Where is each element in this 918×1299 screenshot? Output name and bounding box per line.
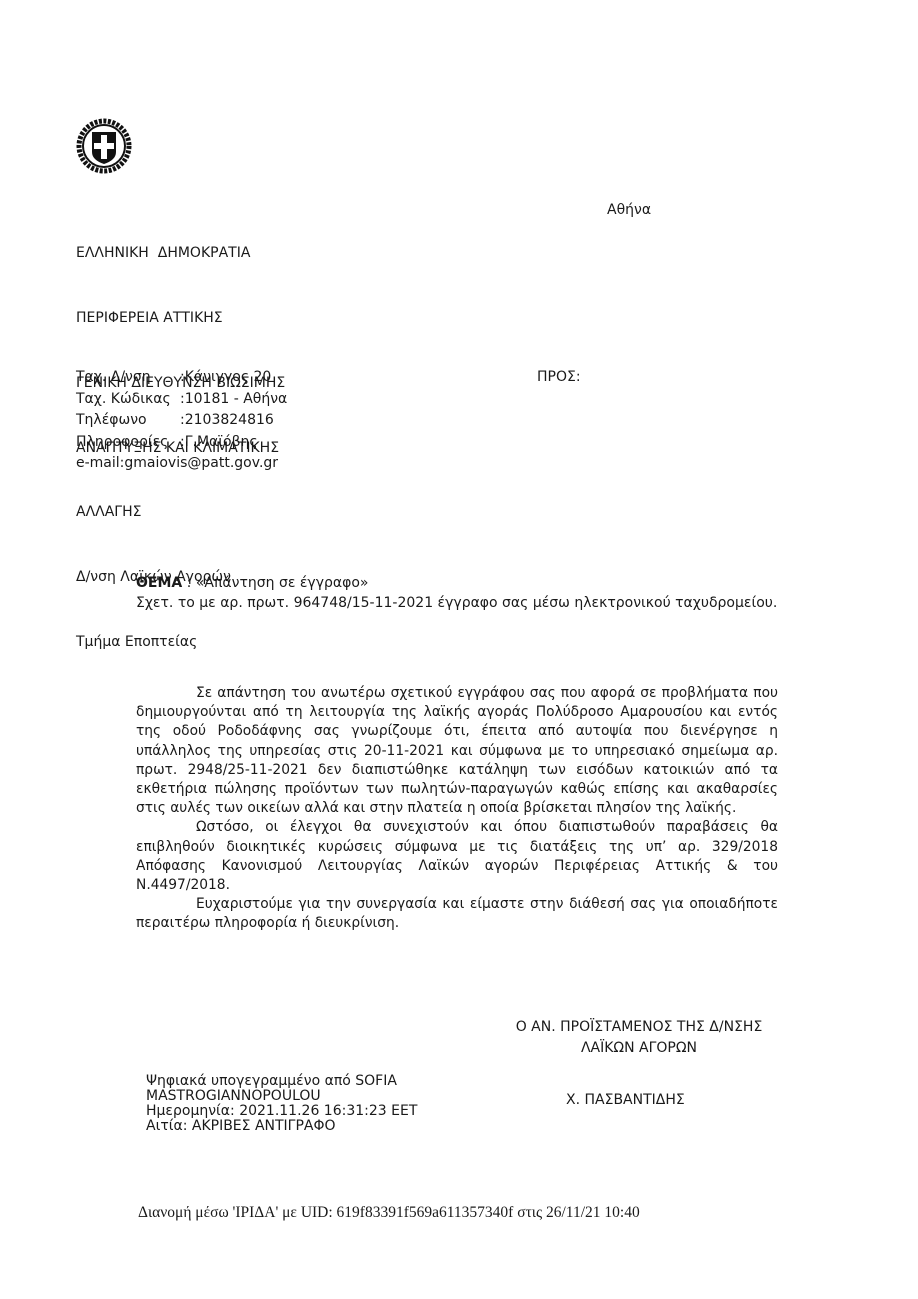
subject-label: ΘΕΜΑ [136,575,182,591]
letter-body: Σε απάντηση του ανωτέρω σχετικού εγγράφο… [136,684,778,934]
body-paragraph: Ωστόσο, οι έλεγχοι θα συνεχιστούν και όπ… [136,818,778,895]
subject-line: ΘΕΜΑ : «Απάντηση σε έγγραφο» [136,574,778,594]
letterhead-line: ΠΕΡΙΦΕΡΕΙΑ ΑΤΤΙΚΗΣ [76,308,285,330]
digital-signature-reason: Αιτία: ΑΚΡΙΒΕΣ ΑΝΤΙΓΡΑΦΟ [146,1119,417,1134]
subject-block: ΘΕΜΑ : «Απάντηση σε έγγραφο» Σχετ. το με… [136,574,778,613]
digital-signature-stamp: Ψηφιακά υπογεγραμμένο από SOFIA MASTROGI… [146,1074,417,1134]
digital-signature-signer-name: MASTROGIANNOPOULOU [146,1089,417,1104]
contact-label: Ταχ. Δ/νση [76,367,180,389]
contact-row-postcode: Ταχ. Κώδικας :10181 - Αθήνα [76,389,287,411]
digital-signature-signer: Ψηφιακά υπογεγραμμένο από SOFIA [146,1074,417,1089]
signatory-name: Χ. ΠΑΣΒΑΝΤΙΔΗΣ [566,1090,685,1111]
subject-reference: Σχετ. το με αρ. πρωτ. 964748/15-11-2021 … [136,594,778,614]
contact-row-address: Ταχ. Δ/νση :Κάνιγγος 20 [76,367,287,389]
contact-label: Πληροφορίες [76,432,180,454]
contact-value: :Γ.Μαϊόβης [180,432,258,454]
subject-separator: : [182,575,196,591]
subject-title: «Απάντηση σε έγγραφο» [196,575,369,591]
contact-value: :Κάνιγγος 20 [180,367,271,389]
body-paragraph: Ευχαριστούμε για την συνεργασία και είμα… [136,895,778,933]
contact-value: :10181 - Αθήνα [180,389,287,411]
contact-email: e-mail:gmaiovis@patt.gov.gr [76,453,287,475]
letterhead-line: ΑΛΛΑΓΗΣ [76,502,285,524]
signatory-title: Ο ΑΝ. ΠΡΟΪΣΤΑΜΕΝΟΣ ΤΗΣ Δ/ΝΣΗΣ ΛΑΪΚΩΝ ΑΓΟ… [486,1017,792,1059]
recipient-label: ΠΡΟΣ: [537,367,581,389]
city-label: Αθήνα [607,200,651,222]
contact-block: Ταχ. Δ/νση :Κάνιγγος 20 Ταχ. Κώδικας :10… [76,367,287,475]
contact-value: :2103824816 [180,410,274,432]
signatory-title-line: Ο ΑΝ. ΠΡΟΪΣΤΑΜΕΝΟΣ ΤΗΣ Δ/ΝΣΗΣ [486,1017,792,1038]
contact-label: Τηλέφωνο [76,410,180,432]
contact-label: Ταχ. Κώδικας [76,389,180,411]
digital-signature-date: Ημερομηνία: 2021.11.26 16:31:23 EET [146,1104,417,1119]
body-paragraph: Σε απάντηση του ανωτέρω σχετικού εγγράφο… [136,684,778,818]
signatory-title-line: ΛΑΪΚΩΝ ΑΓΟΡΩΝ [486,1038,792,1059]
letterhead-line: ΕΛΛΗΝΙΚΗ ΔΗΜΟΚΡΑΤΙΑ [76,243,285,265]
contact-row-info: Πληροφορίες :Γ.Μαϊόβης [76,432,287,454]
greek-coat-of-arms-icon [76,118,132,174]
distribution-footer: Διανομή μέσω 'ΙΡΙΔΑ' με UID: 619f83391f5… [138,1203,640,1223]
contact-row-phone: Τηλέφωνο :2103824816 [76,410,287,432]
letterhead-line: Τμήμα Εποπτείας [76,632,285,654]
document-page: ΕΛΛΗΝΙΚΗ ΔΗΜΟΚΡΑΤΙΑ ΠΕΡΙΦΕΡΕΙΑ ΑΤΤΙΚΗΣ Γ… [0,0,918,1299]
